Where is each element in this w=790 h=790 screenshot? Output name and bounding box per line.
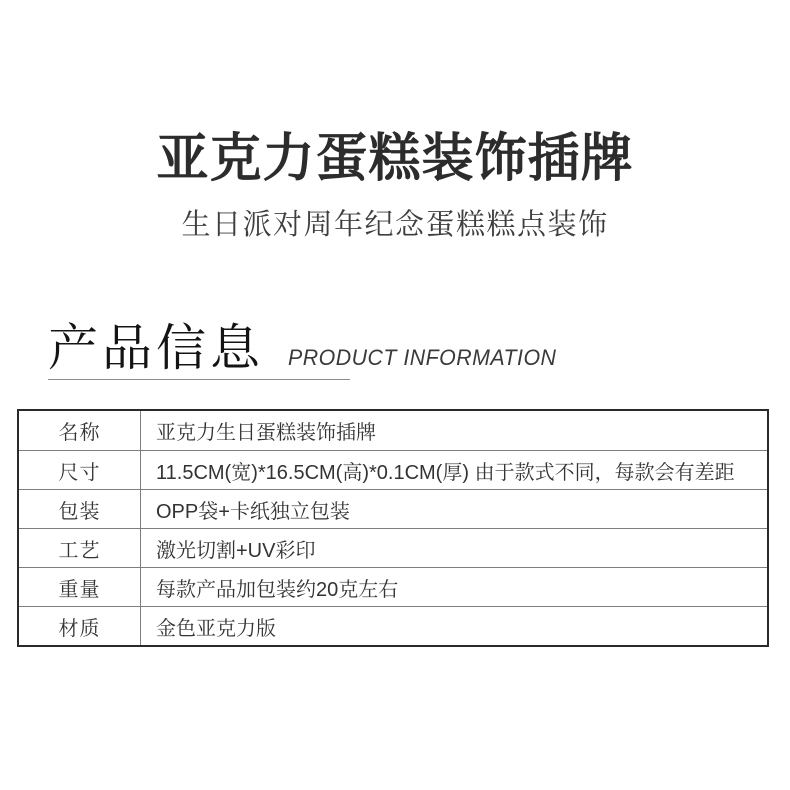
spec-label: 名称: [19, 411, 141, 450]
table-row-packaging: 包装 OPP袋+卡纸独立包装: [19, 489, 767, 528]
page-title: 亚克力蛋糕装饰插牌: [0, 130, 790, 190]
spec-label: 材质: [19, 607, 141, 645]
spec-value: 每款产品加包装约20克左右: [141, 568, 767, 606]
table-row-name: 名称 亚克力生日蛋糕装饰插牌: [19, 411, 767, 450]
spec-value: 亚克力生日蛋糕装饰插牌: [141, 411, 767, 450]
table-row-craft: 工艺 激光切割+UV彩印: [19, 528, 767, 567]
table-row-material: 材质 金色亚克力版: [19, 606, 767, 645]
section-header: 产品信息 PRODUCT INFORMATION: [48, 308, 565, 380]
spec-value: 激光切割+UV彩印: [141, 529, 767, 567]
spec-label: 重量: [19, 568, 141, 606]
table-row-weight: 重量 每款产品加包装约20克左右: [19, 567, 767, 606]
spec-value: OPP袋+卡纸独立包装: [141, 490, 767, 528]
section-title-cn: 产品信息: [48, 308, 264, 380]
product-spec-table: 名称 亚克力生日蛋糕装饰插牌 尺寸 11.5CM(宽)*16.5CM(高)*0.…: [17, 409, 769, 647]
spec-value: 11.5CM(宽)*16.5CM(高)*0.1CM(厚) 由于款式不同，每款会有…: [141, 451, 767, 489]
spec-label: 包装: [19, 490, 141, 528]
spec-value: 金色亚克力版: [141, 607, 767, 645]
spec-label: 工艺: [19, 529, 141, 567]
section-underline: [48, 379, 350, 380]
page-subtitle: 生日派对周年纪念蛋糕糕点装饰: [0, 202, 790, 243]
product-info-page: 亚克力蛋糕装饰插牌 生日派对周年纪念蛋糕糕点装饰 产品信息 PRODUCT IN…: [0, 0, 790, 790]
section-title-en: PRODUCT INFORMATION: [288, 345, 556, 371]
table-row-size: 尺寸 11.5CM(宽)*16.5CM(高)*0.1CM(厚) 由于款式不同，每…: [19, 450, 767, 489]
spec-label: 尺寸: [19, 451, 141, 489]
